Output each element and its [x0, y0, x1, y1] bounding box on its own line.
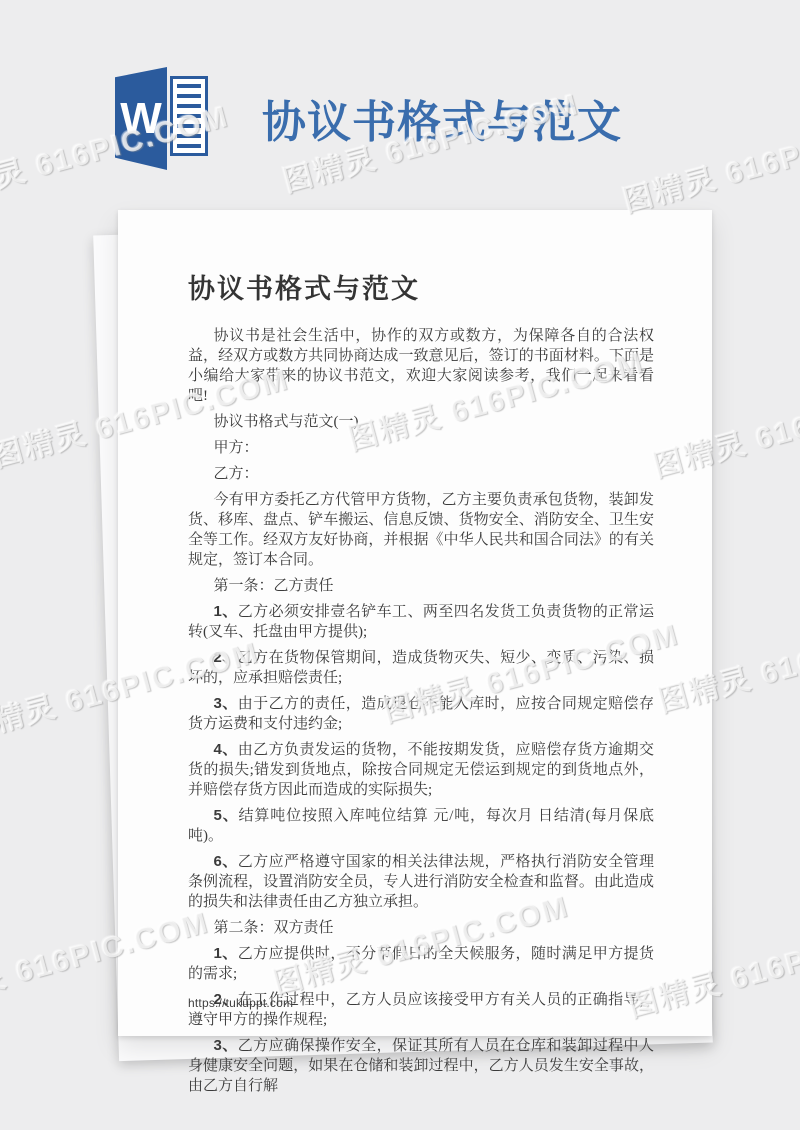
paragraph-party-b: 乙方： — [188, 464, 654, 484]
word-document-sheet-icon — [170, 76, 208, 156]
list-item: 6、乙方应严格遵守国家的相关法律法规，严格执行消防安全管理条例流程，设置消防安全… — [188, 852, 654, 912]
paragraph-preamble: 今有甲方委托乙方代管甲方货物，乙方主要负责承包货物，装卸发货、移库、盘点、铲车搬… — [188, 490, 654, 570]
paragraph-text: 第二条：双方责任 — [214, 920, 334, 936]
paragraph-text: 乙方： — [214, 466, 259, 482]
paragraph-text: 乙方应确保操作安全，保证其所有人员在仓库和装卸过程中人身健康安全问题，如果在仓储… — [188, 1038, 654, 1094]
paragraph-text: 第一条：乙方责任 — [214, 578, 334, 594]
paragraph-text: 今有甲方委托乙方代管甲方货物，乙方主要负责承包货物，装卸发货、移库、盘点、铲车搬… — [188, 492, 654, 568]
paragraph-text: 协议书格式与范文(一) — [214, 414, 359, 430]
footer-url: https://tukuppt.com — [188, 996, 293, 1010]
word-icon: W — [110, 64, 210, 172]
list-item: 4、由乙方负责发运的货物，不能按期发货，应赔偿存货方逾期交货的损失;错发到货地点… — [188, 740, 654, 800]
brand-header: W 协议书格式与范文 — [0, 0, 800, 190]
paragraph-subtitle: 协议书格式与范文(一) — [188, 412, 654, 432]
document-page: 协议书格式与范文 协议书是社会生活中，协作的双方或数方，为保障各自的合法权益，经… — [118, 210, 712, 1036]
document-heading: 协议书格式与范文 — [188, 272, 654, 306]
word-document-lines-icon — [177, 84, 201, 148]
paragraph-intro: 协议书是社会生活中，协作的双方或数方，为保障各自的合法权益，经双方或数方共同协商… — [188, 326, 654, 406]
item-number: 1、 — [214, 945, 238, 962]
paragraph-text: 乙方在货物保管期间，造成货物灭失、短少、变质、污染、损坏的，应承担赔偿责任; — [188, 650, 654, 686]
paragraph-text: 由乙方负责发运的货物，不能按期发货，应赔偿存货方逾期交货的损失;错发到货地点，除… — [188, 742, 654, 798]
item-number: 1、 — [214, 603, 238, 620]
paragraph-text: 甲方： — [214, 440, 259, 456]
paragraph-text: 协议书是社会生活中，协作的双方或数方，为保障各自的合法权益，经双方或数方共同协商… — [188, 328, 654, 404]
page-title: 协议书格式与范文 — [262, 86, 622, 150]
list-item: 5、结算吨位按照入库吨位结算 元/吨，每次月 日结清(每月保底吨)。 — [188, 806, 654, 846]
paragraph-party-a: 甲方： — [188, 438, 654, 458]
item-number: 4、 — [214, 741, 238, 758]
item-number: 2、 — [214, 649, 238, 666]
section-heading-2: 第二条：双方责任 — [188, 918, 654, 938]
list-item: 2、乙方在货物保管期间，造成货物灭失、短少、变质、污染、损坏的，应承担赔偿责任; — [188, 648, 654, 688]
word-cover-icon: W — [115, 67, 167, 170]
list-item: 1、乙方应提供时，不分节假日的全天候服务，随时满足甲方提货的需求; — [188, 944, 654, 984]
paragraph-text: 乙方应严格遵守国家的相关法律法规，严格执行消防安全管理条例流程，设置消防安全员，… — [188, 854, 654, 910]
list-item: 3、乙方应确保操作安全，保证其所有人员在仓库和装卸过程中人身健康安全问题，如果在… — [188, 1036, 654, 1096]
list-item: 3、由于乙方的责任，造成退仓不能入库时，应按合同规定赔偿存货方运费和支付违约金; — [188, 694, 654, 734]
document-content: 协议书格式与范文 协议书是社会生活中，协作的双方或数方，为保障各自的合法权益，经… — [118, 210, 712, 1096]
list-item: 1、乙方必须安排壹名铲车工、两至四名发货工负责货物的正常运转(叉车、托盘由甲方提… — [188, 602, 654, 642]
paragraph-text: 乙方必须安排壹名铲车工、两至四名发货工负责货物的正常运转(叉车、托盘由甲方提供)… — [188, 604, 654, 640]
item-number: 6、 — [214, 853, 238, 870]
document-body: 协议书是社会生活中，协作的双方或数方，为保障各自的合法权益，经双方或数方共同协商… — [188, 326, 654, 1096]
paragraph-text: 由于乙方的责任，造成退仓不能入库时，应按合同规定赔偿存货方运费和支付违约金; — [188, 696, 654, 732]
section-heading-1: 第一条：乙方责任 — [188, 576, 654, 596]
paragraph-text: 结算吨位按照入库吨位结算 元/吨，每次月 日结清(每月保底吨)。 — [188, 808, 654, 844]
word-letter: W — [120, 97, 162, 141]
item-number: 3、 — [214, 695, 238, 712]
item-number: 5、 — [214, 807, 239, 824]
item-number: 3、 — [214, 1037, 238, 1054]
paragraph-text: 乙方应提供时，不分节假日的全天候服务，随时满足甲方提货的需求; — [188, 946, 654, 982]
page-background: { "header": { "title": "协议书格式与范文", "word… — [0, 0, 800, 1130]
